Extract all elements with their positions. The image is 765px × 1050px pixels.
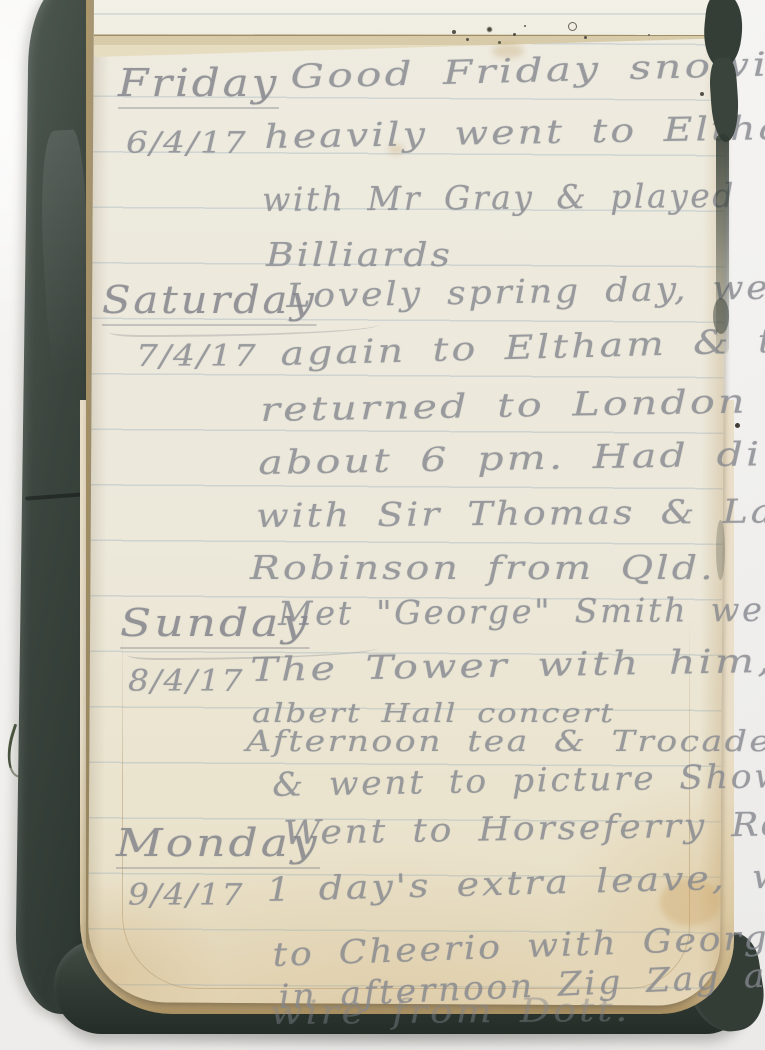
diary-line: Afternoon tea & Trocadero (246, 726, 765, 756)
diary-line: heavily went to Eltham (264, 110, 765, 154)
diary-line: 1 day's extra leave, went (266, 858, 765, 908)
diary-line: returned to London at (260, 383, 765, 427)
entry-monday-date: 9/4/17 (128, 880, 244, 912)
entry-friday-date: 6/4/17 (126, 128, 247, 160)
handwriting-layer: Friday 6/4/17 Good Friday snowing heavil… (0, 0, 765, 1050)
diary-line: with Sir Thomas & Lady (256, 494, 765, 534)
entry-saturday-day-label: Saturday (102, 281, 317, 326)
cover-edge-faint (716, 520, 725, 580)
entry-saturday-date: 7/4/17 (136, 341, 257, 373)
diary-line: Lovely spring day, went (286, 270, 765, 314)
diary-line: about 6 pm. Had dinner (258, 435, 765, 480)
diary-line: with Mr Gray & played (262, 179, 736, 218)
diary-line: Went to Horseferry Rd for (283, 806, 765, 851)
diary-line: Robinson from Qld. (250, 551, 716, 586)
diary-line: Billiards (266, 238, 453, 273)
diary-line: & went to picture Show (272, 759, 765, 803)
diary-line: Met "George" Smith went to (278, 592, 765, 632)
cover-cloth-fray-small (713, 298, 729, 334)
diary-line: Good Friday snowing (290, 46, 765, 95)
diary-line: The Tower with him, had (250, 642, 765, 688)
diary-photo: Friday 6/4/17 Good Friday snowing heavil… (0, 0, 765, 1050)
entry-friday-day-label: Friday (118, 64, 279, 109)
diary-line-faint: wire from Dott. (270, 993, 630, 1031)
entry-sunday-date: 8/4/17 (128, 666, 244, 698)
